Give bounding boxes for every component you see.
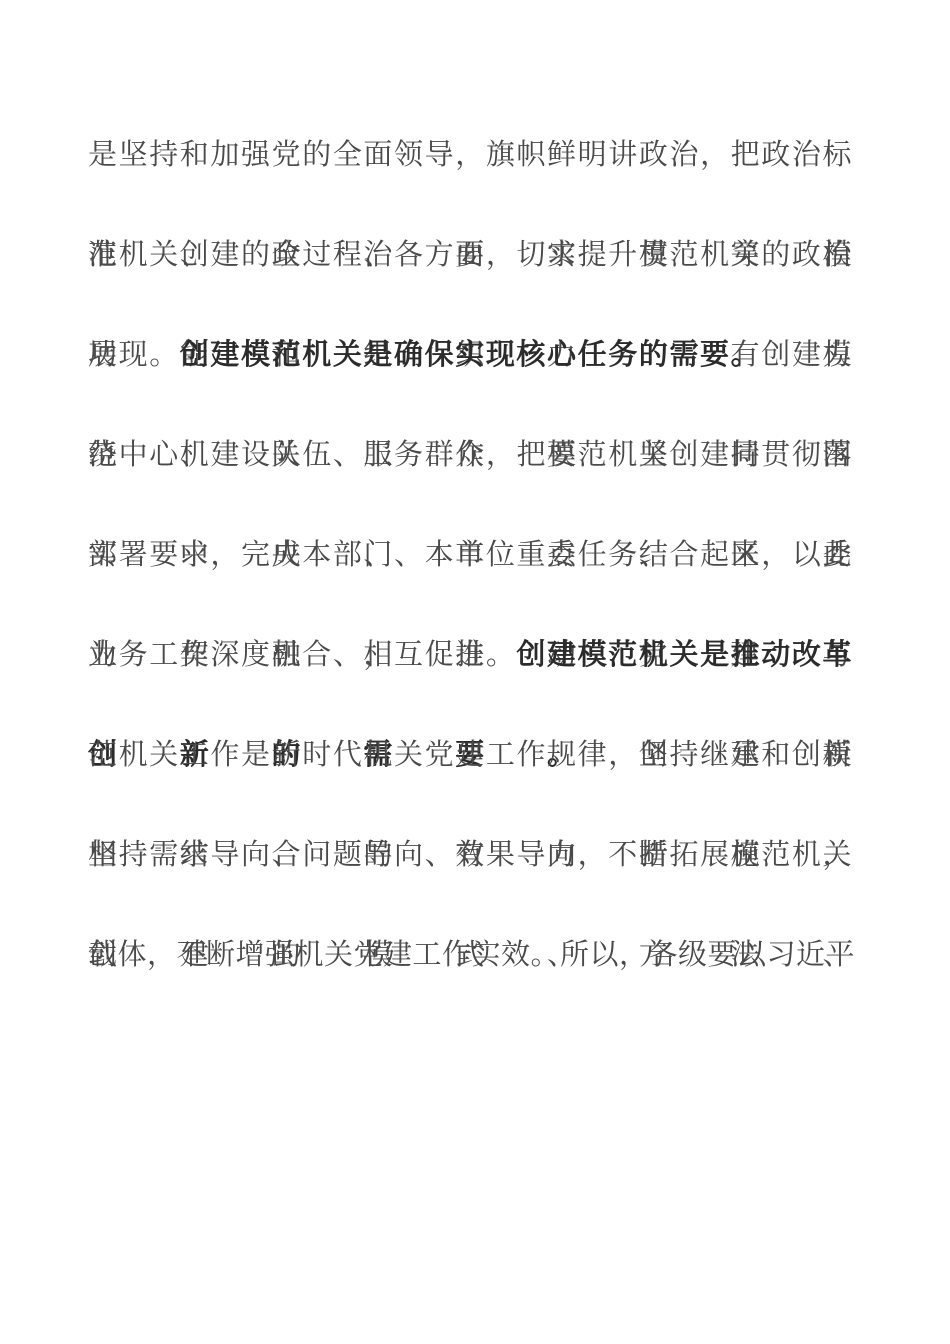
paragraph-body: 是坚持和加强党的全面领导，旗帜鲜明讲政治，把政治标准、政治要求贯穿模 范机关创建… [88,105,852,1005]
text-run: 展现。 [88,339,180,371]
paragraph-line: 范机关工作是新时代机关党建工作规律，坚持继承和创新相结合的有力措施， [88,705,852,805]
paragraph-line: 部署要求，完成本部门、本单位重点任务结合起来，以此为契机，推动党建与 [88,505,852,605]
paragraph-line: 展现。创建模范机关是确保实现核心任务的需要。创建模范机关工作要坚持围 [88,305,852,405]
paragraph-line: 绕中心、建设队伍、服务群众，把模范机关创建同贯彻落实中央、市委、区委 [88,405,852,505]
paragraph-line: 坚持需求导向、问题导向、效果导向，不断拓展模范机关创建的模式、方法、 [88,805,852,905]
paragraph-line: 是坚持和加强党的全面领导，旗帜鲜明讲政治，把政治标准、政治要求贯穿模 [88,105,852,205]
text-run: 载体，不断增强机关党建工作实效。所以，各级要以习近平 [88,939,855,971]
text-run: 业务工作深度融合、相互促进。 [88,639,516,671]
bold-text-run: 创建模范机关是确保实现核心任务的需要。 [180,339,761,371]
document-page: 是坚持和加强党的全面领导，旗帜鲜明讲政治，把政治标准、政治要求贯穿模 范机关创建… [0,0,950,1344]
paragraph-line: 载体，不断增强机关党建工作实效。所以，各级要以习近平 [88,905,852,1005]
paragraph-line: 范机关创建的全过程、各方面，切实提升模范机关的政治功能和组织力的有力 [88,205,852,305]
paragraph-line: 业务工作深度融合、相互促进。创建模范机关是推动改革创新的需要。创建模 [88,605,852,705]
